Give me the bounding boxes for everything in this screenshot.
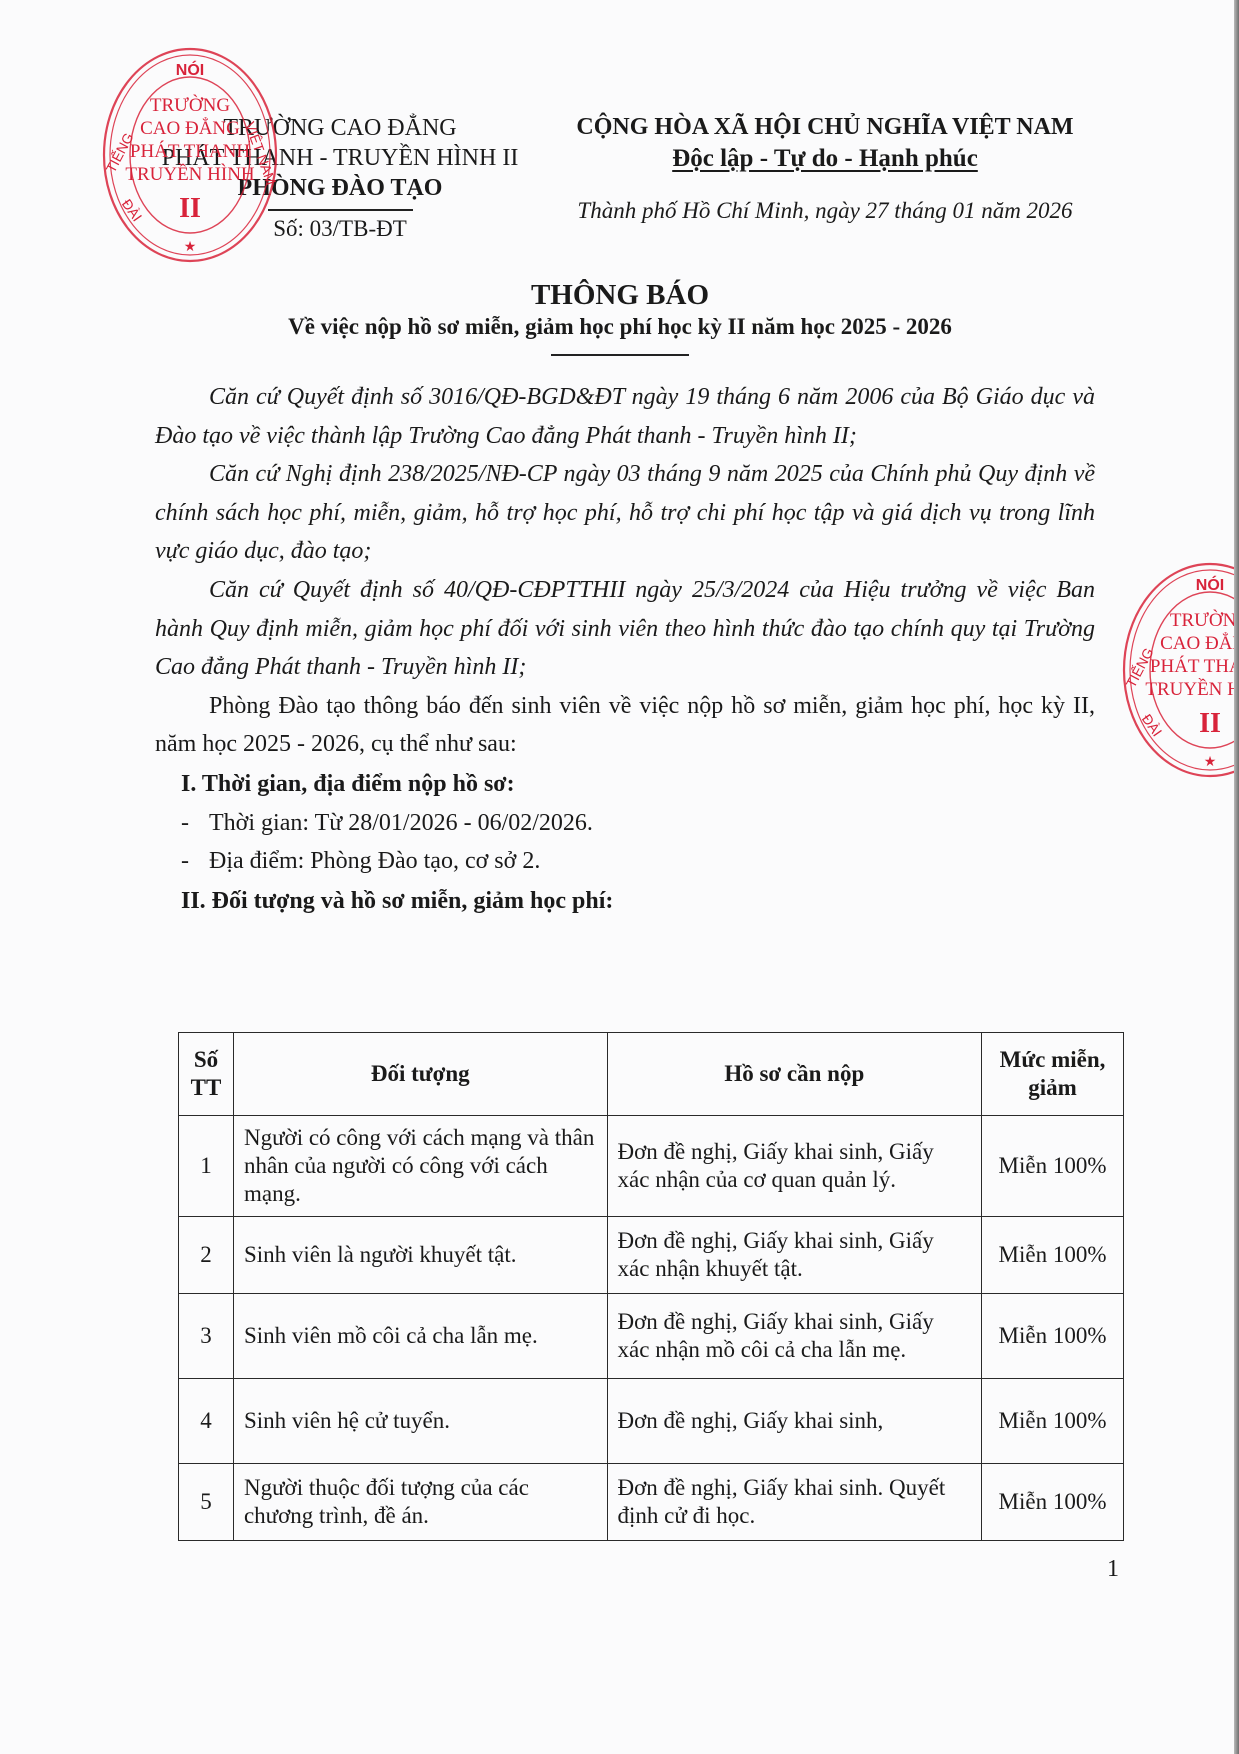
title-heading: THÔNG BÁO bbox=[150, 278, 1090, 312]
margin-seal-stamp: NÓITIẾNGĐÀIVIỆT NAMTRƯỜNGCAO ĐẲNGPHÁT TH… bbox=[1120, 560, 1234, 780]
svg-text:PHÁT THANH: PHÁT THANH bbox=[1150, 655, 1234, 677]
legal-basis-1: Căn cứ Quyết định số 3016/QĐ-BGD&ĐT ngày… bbox=[155, 378, 1095, 455]
national-heading: CỘNG HÒA XÃ HỘI CHỦ NGHĨA VIỆT NAM Độc l… bbox=[555, 112, 1095, 226]
header-documents: Hồ sơ cần nộp bbox=[607, 1033, 982, 1116]
cell-level: Miễn 100% bbox=[982, 1464, 1124, 1541]
cell-no: 5 bbox=[179, 1464, 234, 1541]
submission-time: Thời gian: Từ 28/01/2026 - 06/02/2026. bbox=[209, 810, 593, 836]
svg-text:CAO ĐẲNG: CAO ĐẲNG bbox=[1160, 632, 1234, 654]
svg-text:II: II bbox=[179, 193, 201, 224]
bullet-dash: - bbox=[181, 842, 209, 881]
svg-text:II: II bbox=[1199, 708, 1221, 739]
cell-no: 3 bbox=[179, 1294, 234, 1379]
official-seal-stamp: NÓITIẾNGĐÀIVIỆT NAMTRƯỜNGCAO ĐẲNGPHÁT TH… bbox=[100, 45, 280, 265]
cell-documents: Đơn đề nghị, Giấy khai sinh, bbox=[607, 1379, 982, 1464]
document-title: THÔNG BÁO Về việc nộp hồ sơ miễn, giảm h… bbox=[150, 278, 1090, 356]
cell-subject: Sinh viên hệ cử tuyển. bbox=[233, 1379, 607, 1464]
table-header-row: Số TT Đối tượng Hồ sơ cần nộp Mức miễn, … bbox=[179, 1033, 1124, 1116]
cell-no: 2 bbox=[179, 1217, 234, 1294]
cell-documents: Đơn đề nghị, Giấy khai sinh, Giấy xác nh… bbox=[607, 1294, 982, 1379]
svg-text:★: ★ bbox=[184, 238, 197, 254]
section-1-heading: I. Thời gian, địa điểm nộp hồ sơ: bbox=[155, 765, 1095, 804]
cell-level: Miễn 100% bbox=[982, 1379, 1124, 1464]
svg-text:NÓI: NÓI bbox=[176, 60, 204, 79]
place-date: Thành phố Hồ Chí Minh, ngày 27 tháng 01 … bbox=[555, 196, 1095, 226]
intro-paragraph: Phòng Đào tạo thông báo đến sinh viên về… bbox=[155, 687, 1095, 764]
cell-subject: Người thuộc đối tượng của các chương trì… bbox=[233, 1464, 607, 1541]
cell-level: Miễn 100% bbox=[982, 1294, 1124, 1379]
cell-subject: Sinh viên là người khuyết tật. bbox=[233, 1217, 607, 1294]
cell-subject: Sinh viên mồ côi cả cha lẫn mẹ. bbox=[233, 1294, 607, 1379]
cell-level: Miễn 100% bbox=[982, 1116, 1124, 1217]
cell-level: Miễn 100% bbox=[982, 1217, 1124, 1294]
table-row: 2 Sinh viên là người khuyết tật. Đơn đề … bbox=[179, 1217, 1124, 1294]
svg-text:TRUYỀN HÌNH: TRUYỀN HÌNH bbox=[1145, 678, 1234, 700]
cell-documents: Đơn đề nghị, Giấy khai sinh, Giấy xác nh… bbox=[607, 1217, 982, 1294]
national-motto: Độc lập - Tự do - Hạnh phúc bbox=[555, 143, 1095, 174]
document-body: Căn cứ Quyết định số 3016/QĐ-BGD&ĐT ngày… bbox=[155, 378, 1095, 920]
section-1-item: -Địa điểm: Phòng Đào tạo, cơ sở 2. bbox=[155, 842, 1095, 881]
header-level: Mức miễn, giảm bbox=[982, 1033, 1124, 1116]
header-subject: Đối tượng bbox=[233, 1033, 607, 1116]
svg-text:TRUYỀN HÌNH: TRUYỀN HÌNH bbox=[125, 163, 255, 185]
cell-no: 4 bbox=[179, 1379, 234, 1464]
legal-basis-3: Căn cứ Quyết định số 40/QĐ-CĐPTTHII ngày… bbox=[155, 571, 1095, 687]
table-row: 3 Sinh viên mồ côi cả cha lẫn mẹ. Đơn đề… bbox=[179, 1294, 1124, 1379]
bullet-dash: - bbox=[181, 804, 209, 843]
svg-text:CAO ĐẲNG: CAO ĐẲNG bbox=[140, 117, 240, 139]
submission-location: Địa điểm: Phòng Đào tạo, cơ sở 2. bbox=[209, 848, 540, 874]
cell-documents: Đơn đề nghị, Giấy khai sinh, Giấy xác nh… bbox=[607, 1116, 982, 1217]
seal-graphic: NÓITIẾNGĐÀIVIỆT NAMTRƯỜNGCAO ĐẲNGPHÁT TH… bbox=[1122, 564, 1234, 776]
title-divider bbox=[551, 354, 689, 356]
svg-text:★: ★ bbox=[1204, 753, 1217, 769]
title-subheading: Về việc nộp hồ sơ miễn, giảm học phí học… bbox=[150, 312, 1090, 342]
table-row: 4 Sinh viên hệ cử tuyển. Đơn đề nghị, Gi… bbox=[179, 1379, 1124, 1464]
country-name: CỘNG HÒA XÃ HỘI CHỦ NGHĨA VIỆT NAM bbox=[555, 112, 1095, 143]
page-number: 1 bbox=[1107, 1556, 1119, 1583]
page-edge bbox=[1234, 0, 1239, 1754]
svg-text:NÓI: NÓI bbox=[1196, 575, 1224, 594]
exemption-table: Số TT Đối tượng Hồ sơ cần nộp Mức miễn, … bbox=[178, 1032, 1124, 1541]
svg-text:TRƯỜNG: TRƯỜNG bbox=[150, 94, 230, 116]
cell-no: 1 bbox=[179, 1116, 234, 1217]
table-row: 5 Người thuộc đối tượng của các chương t… bbox=[179, 1464, 1124, 1541]
cell-subject: Người có công với cách mạng và thân nhân… bbox=[233, 1116, 607, 1217]
section-2-heading: II. Đối tượng và hồ sơ miễn, giảm học ph… bbox=[155, 882, 1095, 921]
issuer-divider bbox=[268, 209, 413, 211]
legal-basis-2: Căn cứ Nghị định 238/2025/NĐ-CP ngày 03 … bbox=[155, 455, 1095, 571]
header-no: Số TT bbox=[179, 1033, 234, 1116]
svg-text:TRƯỜNG: TRƯỜNG bbox=[1170, 609, 1234, 631]
cell-documents: Đơn đề nghị, Giấy khai sinh. Quyết định … bbox=[607, 1464, 982, 1541]
svg-text:PHÁT THANH: PHÁT THANH bbox=[130, 140, 250, 162]
seal-graphic: NÓITIẾNGĐÀIVIỆT NAMTRƯỜNGCAO ĐẲNGPHÁT TH… bbox=[102, 49, 279, 261]
section-1-item: -Thời gian: Từ 28/01/2026 - 06/02/2026. bbox=[155, 804, 1095, 843]
table-row: 1 Người có công với cách mạng và thân nh… bbox=[179, 1116, 1124, 1217]
